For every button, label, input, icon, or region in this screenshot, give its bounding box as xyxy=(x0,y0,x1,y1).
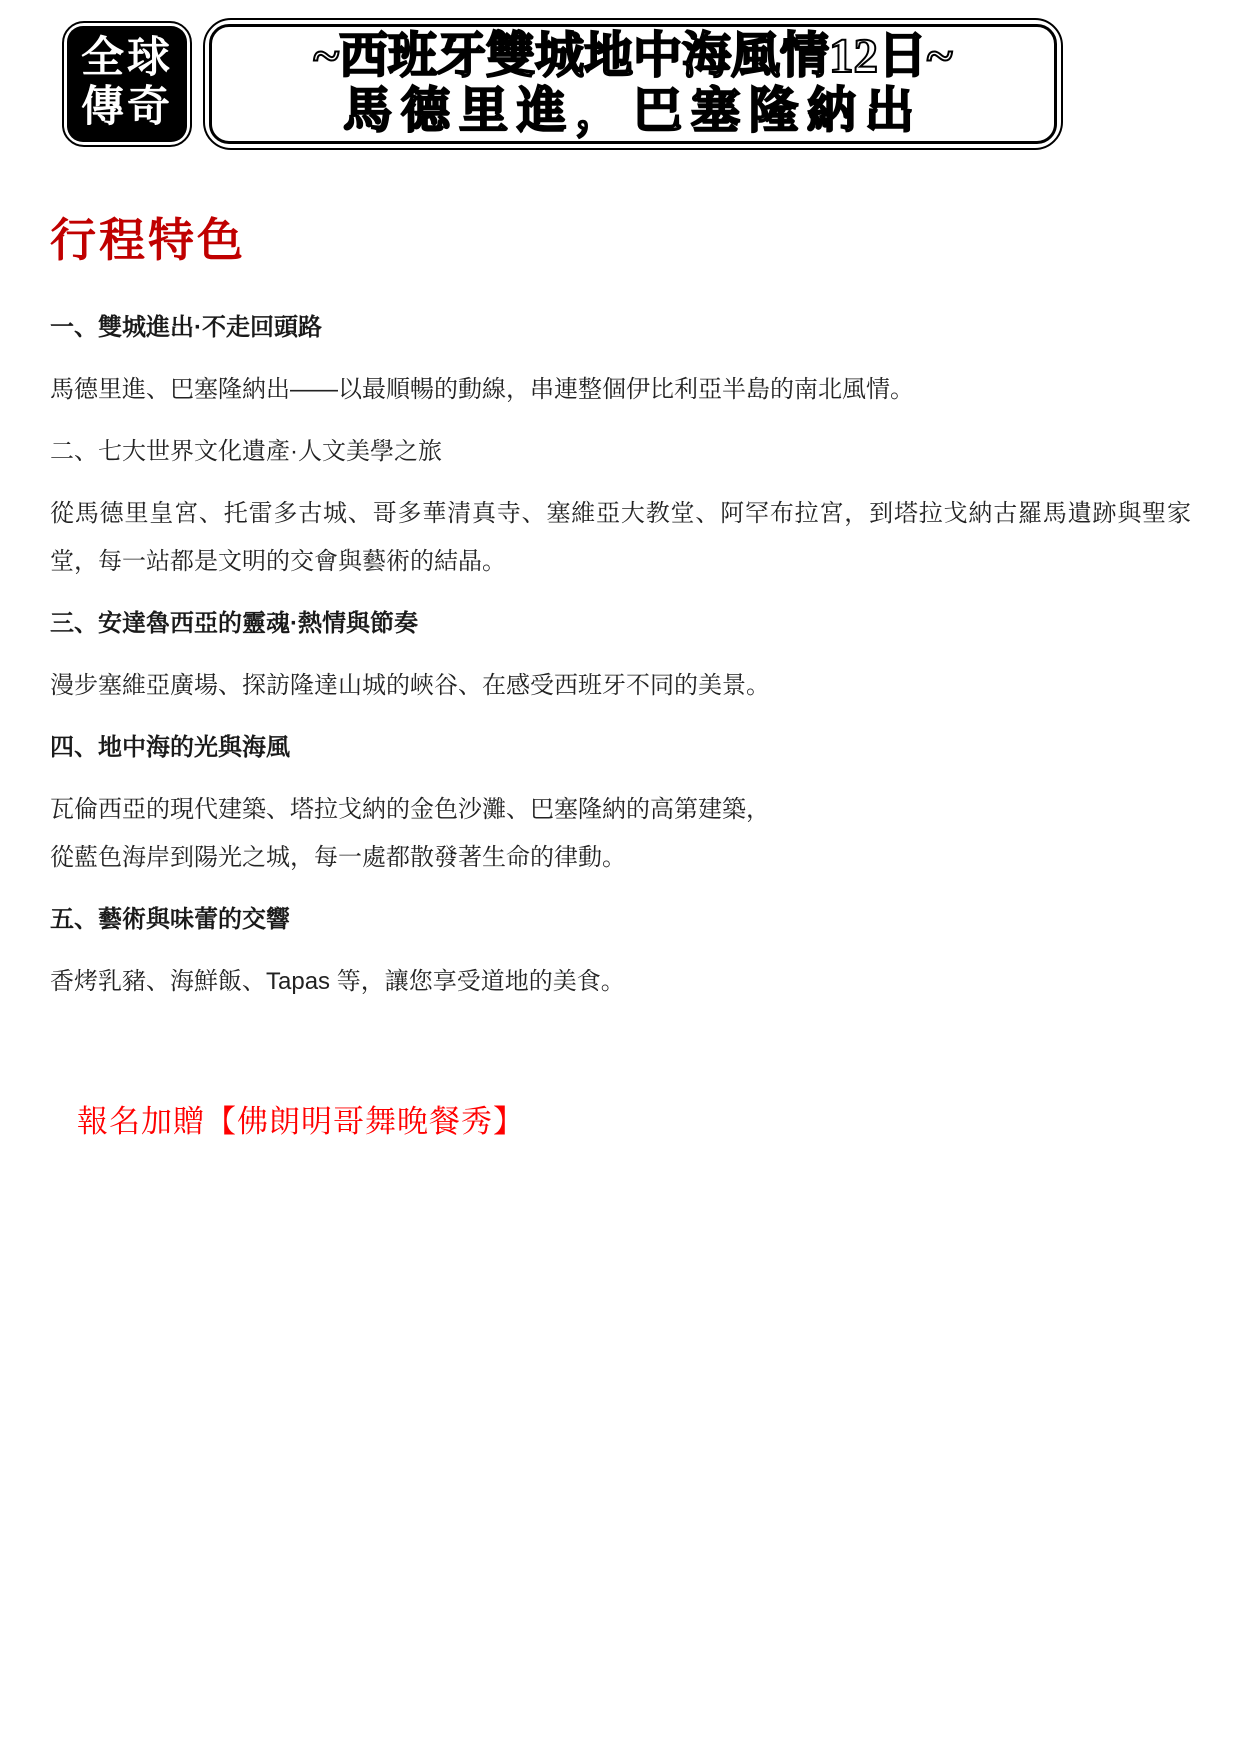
feature-4-body: 瓦倫西亞的現代建築、塔拉戈納的金色沙灘、巴塞隆納的高第建築， 從藍色海岸到陽光之… xyxy=(50,786,1191,882)
page-title: 行程特色 xyxy=(50,212,1191,270)
feature-3-heading: 三、安達魯西亞的靈魂·熱情與節奏 xyxy=(50,600,1191,648)
feature-5-heading: 五、藝術與味蕾的交響 xyxy=(50,896,1191,944)
tour-title-box-inner: ~西班牙雙城地中海風情12日~ 馬德里進，巴塞隆納出 xyxy=(209,24,1057,144)
feature-1-body: 馬德里進、巴塞隆納出——以最順暢的動線，串連整個伊比利亞半島的南北風情。 xyxy=(50,366,1191,414)
feature-2-heading: 二、七大世界文化遺產·人文美學之旅 xyxy=(50,428,1191,476)
tour-title-line1: ~西班牙雙城地中海風情12日~ xyxy=(212,29,1054,84)
itinerary-features: 行程特色 一、雙城進出·不走回頭路 馬德里進、巴塞隆納出——以最順暢的動線，串連… xyxy=(50,212,1191,1142)
brand-logo-line2: 傳奇 xyxy=(81,83,173,132)
feature-5-body: 香烤乳豬、海鮮飯、Tapas 等，讓您享受道地的美食。 xyxy=(50,958,1191,1006)
promo-note: 報名加贈【佛朗明哥舞晚餐秀】 xyxy=(77,1102,1191,1142)
brand-logo: 全球 傳奇 xyxy=(62,21,192,146)
brand-logo-panel: 全球 傳奇 xyxy=(67,26,187,141)
feature-2-body: 從馬德里皇宮、托雷多古城、哥多華清真寺、塞維亞大教堂、阿罕布拉宮，到塔拉戈納古羅… xyxy=(50,490,1191,586)
feature-3-body: 漫步塞維亞廣場、探訪隆達山城的峽谷、在感受西班牙不同的美景。 xyxy=(50,662,1191,710)
document-page: 全球 傳奇 ~西班牙雙城地中海風情12日~ 馬德里進，巴塞隆納出 行程特色 一、… xyxy=(0,0,1241,1182)
feature-4-heading: 四、地中海的光與海風 xyxy=(50,724,1191,772)
feature-1-heading: 一、雙城進出·不走回頭路 xyxy=(50,304,1191,352)
tour-title-line2: 馬德里進，巴塞隆納出 xyxy=(212,84,1054,139)
tour-title-box: ~西班牙雙城地中海風情12日~ 馬德里進，巴塞隆納出 xyxy=(203,18,1063,150)
brand-logo-line1: 全球 xyxy=(81,34,173,83)
document-header: 全球 傳奇 ~西班牙雙城地中海風情12日~ 馬德里進，巴塞隆納出 xyxy=(62,18,1063,150)
